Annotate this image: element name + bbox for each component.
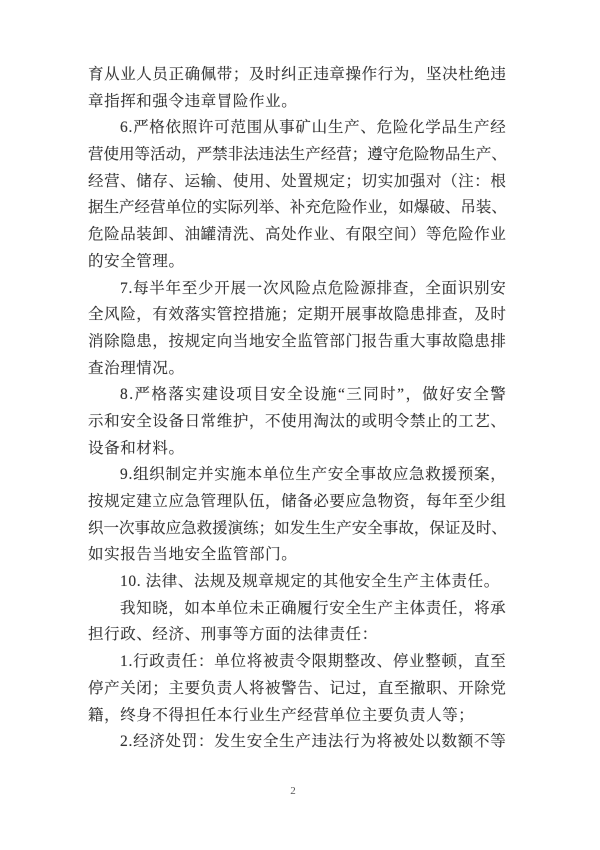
text-line: 10. 法律、法规及规章规定的其他安全生产主体责任。 [88,569,506,596]
text-line: 担行政、经济、刑事等方面的法律责任： [88,622,506,649]
text-line: 消除隐患，按规定向当地安全监管部门报告重大事故隐患排 [88,329,506,356]
text-line: 籍，终身不得担任本行业生产经营单位主要负责人等； [88,703,506,730]
text-line: 全风险，有效落实管控措施；定期开展事故隐患排查，及时 [88,302,506,329]
text-line: 按规定建立应急管理队伍，储备必要应急物资，每年至少组 [88,489,506,516]
text-line: 织一次事故应急救援演练；如发生生产安全事故，保证及时、 [88,516,506,543]
text-line: 2.经济处罚：发生安全生产违法行为将被处以数额不等 [88,729,506,756]
text-line: 育从业人员正确佩带；及时纠正违章操作行为，坚决杜绝违 [88,62,506,89]
page-text: 育从业人员正确佩带；及时纠正违章操作行为，坚决杜绝违章指挥和强令违章冒险作业。6… [88,62,506,756]
text-line: 如实报告当地安全监管部门。 [88,542,506,569]
text-line: 经营、储存、运输、使用、处置规定；切实加强对（注：根 [88,169,506,196]
text-line: 停产关闭；主要负责人将被警告、记过，直至撤职、开除党 [88,676,506,703]
text-line: 7.每半年至少开展一次风险点危险源排查，全面识别安 [88,276,506,303]
text-line: 危险品装卸、油罐清洗、高处作业、有限空间）等危险作业 [88,222,506,249]
text-line: 8.严格落实建设项目安全设施“三同时”，做好安全警 [88,382,506,409]
text-line: 我知晓，如本单位未正确履行安全生产主体责任，将承 [88,596,506,623]
page-number: 2 [0,784,586,798]
text-line: 据生产经营单位的实际列举、补充危险作业，如爆破、吊装、 [88,195,506,222]
text-line: 营使用等活动，严禁非法违法生产经营；遵守危险物品生产、 [88,142,506,169]
text-line: 9.组织制定并实施本单位生产安全事故应急救援预案， [88,462,506,489]
text-line: 6.严格依照许可范围从事矿山生产、危险化学品生产经 [88,115,506,142]
text-line: 1.行政责任：单位将被责令限期整改、停业整顿，直至 [88,649,506,676]
text-line: 查治理情况。 [88,356,506,383]
text-line: 的安全管理。 [88,249,506,276]
text-line: 示和安全设备日常维护，不使用淘汰的或明令禁止的工艺、 [88,409,506,436]
text-line: 章指挥和强令违章冒险作业。 [88,89,506,116]
text-line: 设备和材料。 [88,436,506,463]
document-page: 育从业人员正确佩带；及时纠正违章操作行为，坚决杜绝违章指挥和强令违章冒险作业。6… [0,0,600,850]
